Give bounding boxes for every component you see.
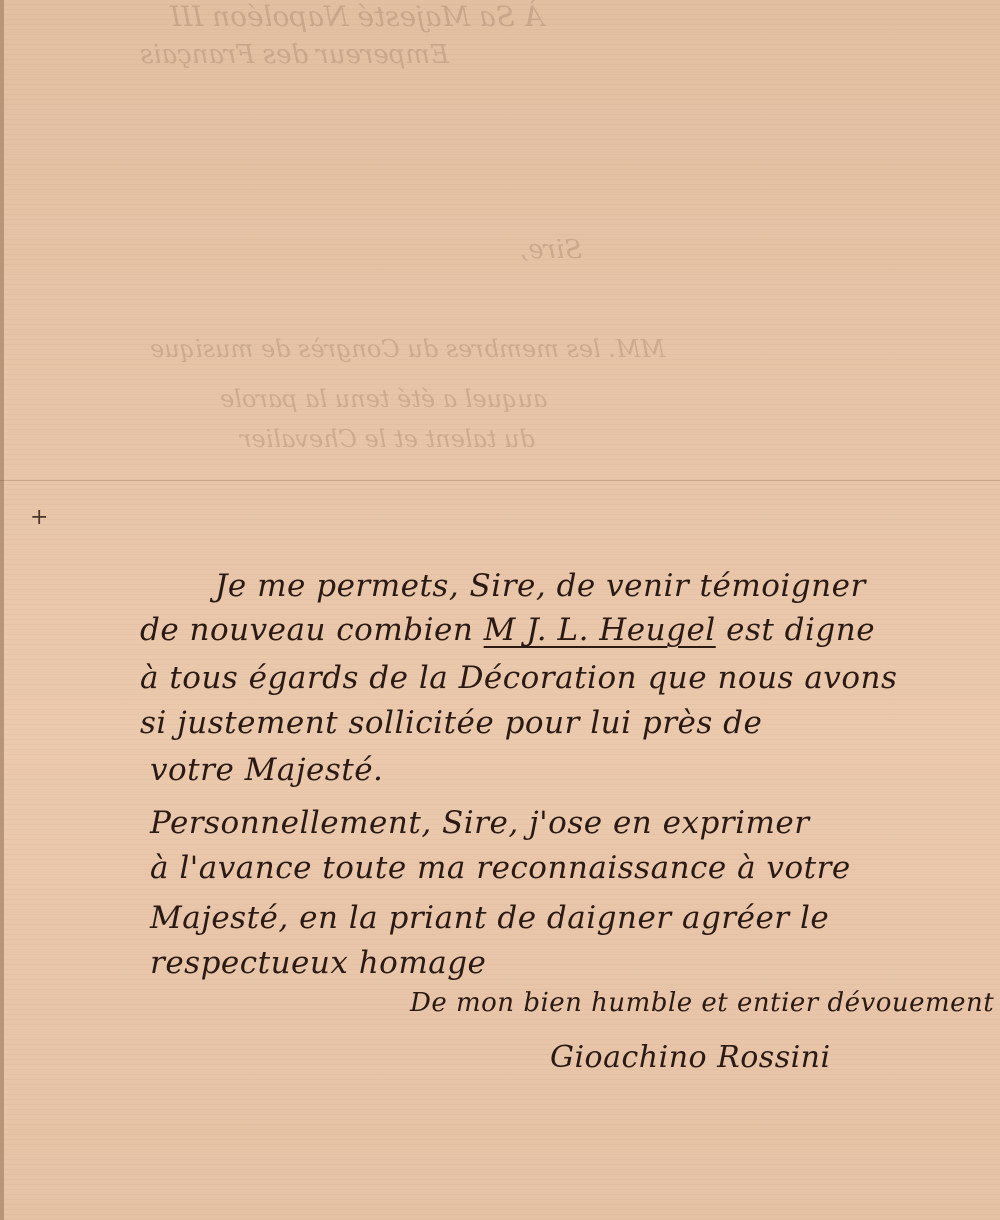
letter-line: respectueux homage xyxy=(150,945,486,981)
bleed-through-text: auquel a été tenu la parole xyxy=(220,385,547,413)
letter-line: Majesté, en la priant de daigner agréer … xyxy=(150,900,829,936)
letter-line: Je me permets, Sire, de venir témoigner xyxy=(215,568,866,604)
letter-line: à l'avance toute ma reconnaissance à vot… xyxy=(150,850,851,886)
bleed-through-text: du talent et le Chevalier xyxy=(240,425,535,453)
page-edge xyxy=(0,0,4,1220)
letter-text: est digne xyxy=(726,612,875,648)
letter-line: si justement sollicitée pour lui près de xyxy=(140,705,762,741)
bleed-through-text: À Sa Majesté Napoléon III xyxy=(170,0,544,33)
bleed-through-text: MM. les membres du Congrès de musique xyxy=(150,335,665,363)
bleed-through-text: Empereur des Français xyxy=(140,40,449,70)
letter-text: de nouveau combien xyxy=(140,612,473,648)
bleed-through-text: Sire, xyxy=(520,235,582,265)
closing-line: De mon bien humble et entier dévouement xyxy=(410,988,994,1018)
letter-page: À Sa Majesté Napoléon III Empereur des F… xyxy=(0,0,1000,1220)
recipient-name: M J. L. Heugel xyxy=(484,612,716,648)
letter-line: votre Majesté. xyxy=(150,752,383,788)
margin-mark: + xyxy=(30,505,48,530)
letter-line: de nouveau combien M J. L. Heugel est di… xyxy=(140,612,875,648)
letter-line: à tous égards de la Décoration que nous … xyxy=(140,660,897,696)
signature: Gioachino Rossini xyxy=(550,1040,831,1075)
paper-fold xyxy=(0,480,1000,481)
letter-line: Personnellement, Sire, j'ose en exprimer xyxy=(150,805,810,841)
